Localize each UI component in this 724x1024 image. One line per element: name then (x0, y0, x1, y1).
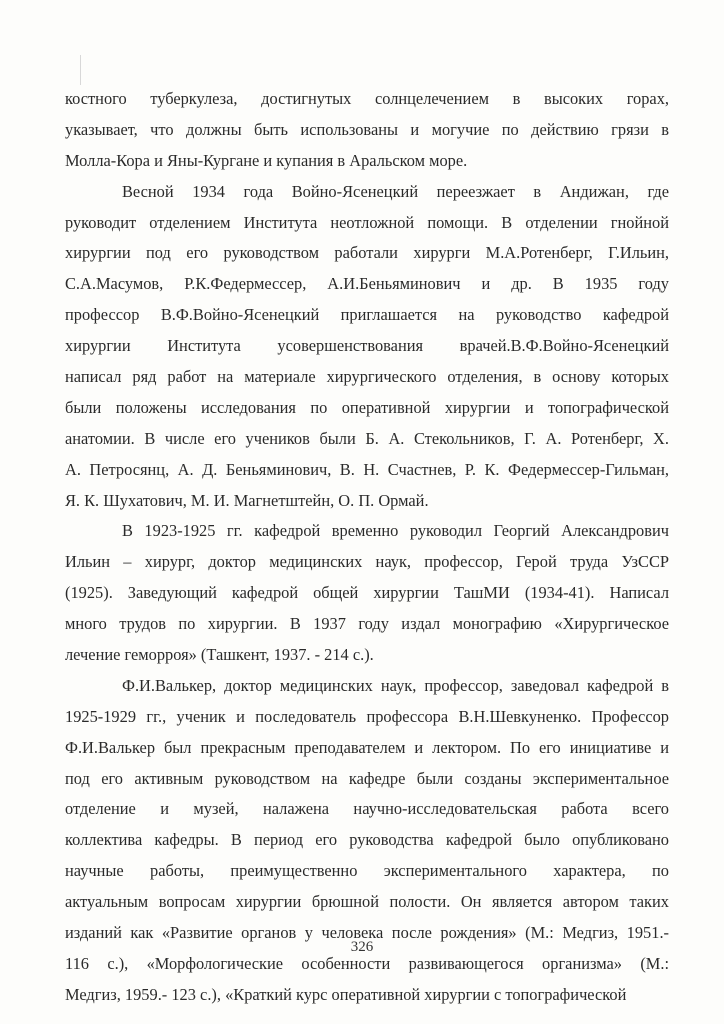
text-line: (1925). Заведующий кафедрой общей хирург… (65, 578, 669, 609)
text-line: В 1923-1925 гг. кафедрой временно руково… (65, 516, 669, 547)
paragraph: костного туберкулеза, достигнутых солнце… (65, 84, 669, 177)
scan-artifact (80, 55, 81, 85)
text-line: Молла-Кора и Яны-Кургане и купания в Ара… (65, 146, 669, 177)
page-number: 326 (0, 939, 724, 956)
text-line: хирургии под его руководством работали х… (65, 238, 669, 269)
text-line-content: (1925). Заведующий кафедрой общей хирург… (65, 578, 669, 609)
text-line: хирургии Института усовершенствования вр… (65, 331, 669, 362)
text-line: научные работы, преимущественно эксперим… (65, 856, 669, 887)
text-line-content: актуальным вопросам хирургии брюшной пол… (65, 887, 669, 918)
text-line-content: Ф.И.Валькер был прекрасным преподавателе… (65, 733, 669, 764)
text-line: Я. К. Шухатович, М. И. Магнетштейн, О. П… (65, 486, 669, 517)
text-line: написал ряд работ на материале хирургиче… (65, 362, 669, 393)
text-line-content: отделение и музей, налажена научно-иссле… (65, 794, 669, 825)
text-line: указывает, что должны быть использованы … (65, 115, 669, 146)
text-line-content: много трудов по хирургии. В 1937 году из… (65, 609, 669, 640)
text-line-content: Я. К. Шухатович, М. И. Магнетштейн, О. П… (65, 486, 669, 517)
text-line-content: 1925-1929 гг., ученик и последователь пр… (65, 702, 669, 733)
text-line: лечение геморроя» (Ташкент, 1937. - 214 … (65, 640, 669, 671)
text-line-content: Молла-Кора и Яны-Кургане и купания в Ара… (65, 146, 669, 177)
text-line: Весной 1934 года Войно-Ясенецкий переезж… (65, 177, 669, 208)
text-line: отделение и музей, налажена научно-иссле… (65, 794, 669, 825)
text-line-content: анатомии. В числе его учеников были Б. А… (65, 424, 669, 455)
text-line: много трудов по хирургии. В 1937 году из… (65, 609, 669, 640)
text-line: 1925-1929 гг., ученик и последователь пр… (65, 702, 669, 733)
text-line: анатомии. В числе его учеников были Б. А… (65, 424, 669, 455)
text-line-content: В 1923-1925 гг. кафедрой временно руково… (122, 516, 669, 547)
text-line: актуальным вопросам хирургии брюшной пол… (65, 887, 669, 918)
text-line-content: Медгиз, 1959.- 123 с.), «Краткий курс оп… (65, 980, 669, 1011)
text-line: А. Петросянц, А. Д. Беньяминович, В. Н. … (65, 455, 669, 486)
text-line: Ф.И.Валькер был прекрасным преподавателе… (65, 733, 669, 764)
text-line-content: костного туберкулеза, достигнутых солнце… (65, 84, 669, 115)
text-line-content: С.А.Масумов, Р.К.Федермессер, А.И.Беньям… (65, 269, 669, 300)
text-line-content: Ильин – хирург, доктор медицинских наук,… (65, 547, 669, 578)
text-line-content: хирургии Института усовершенствования вр… (65, 331, 669, 362)
text-line: Медгиз, 1959.- 123 с.), «Краткий курс оп… (65, 980, 669, 1011)
paragraph: Ф.И.Валькер, доктор медицинских наук, пр… (65, 671, 669, 1011)
text-line: профессор В.Ф.Войно-Ясенецкий приглашает… (65, 300, 669, 331)
text-line: Ф.И.Валькер, доктор медицинских наук, пр… (65, 671, 669, 702)
text-line: были положены исследования по оперативно… (65, 393, 669, 424)
text-line-content: были положены исследования по оперативно… (65, 393, 669, 424)
text-line: под его активным руководством на кафедре… (65, 764, 669, 795)
text-line-content: указывает, что должны быть использованы … (65, 115, 669, 146)
text-line-content: под его активным руководством на кафедре… (65, 764, 669, 795)
text-line: Ильин – хирург, доктор медицинских наук,… (65, 547, 669, 578)
text-line-content: научные работы, преимущественно эксперим… (65, 856, 669, 887)
text-line-content: лечение геморроя» (Ташкент, 1937. - 214 … (65, 640, 669, 671)
text-line: костного туберкулеза, достигнутых солнце… (65, 84, 669, 115)
text-line-content: руководит отделением Института неотложно… (65, 208, 669, 239)
text-line: руководит отделением Института неотложно… (65, 208, 669, 239)
paragraph: В 1923-1925 гг. кафедрой временно руково… (65, 516, 669, 670)
text-line-content: профессор В.Ф.Войно-Ясенецкий приглашает… (65, 300, 669, 331)
text-line-content: написал ряд работ на материале хирургиче… (65, 362, 669, 393)
paragraph: Весной 1934 года Войно-Ясенецкий переезж… (65, 177, 669, 517)
text-line: коллектива кафедры. В период его руковод… (65, 825, 669, 856)
text-line: С.А.Масумов, Р.К.Федермессер, А.И.Беньям… (65, 269, 669, 300)
document-body: костного туберкулеза, достигнутых солнце… (65, 84, 669, 1011)
text-line-content: А. Петросянц, А. Д. Беньяминович, В. Н. … (65, 455, 669, 486)
text-line-content: Весной 1934 года Войно-Ясенецкий переезж… (122, 177, 669, 208)
text-line-content: хирургии под его руководством работали х… (65, 238, 669, 269)
document-page: костного туберкулеза, достигнутых солнце… (0, 0, 724, 1024)
text-line-content: коллектива кафедры. В период его руковод… (65, 825, 669, 856)
text-line-content: Ф.И.Валькер, доктор медицинских наук, пр… (122, 671, 669, 702)
